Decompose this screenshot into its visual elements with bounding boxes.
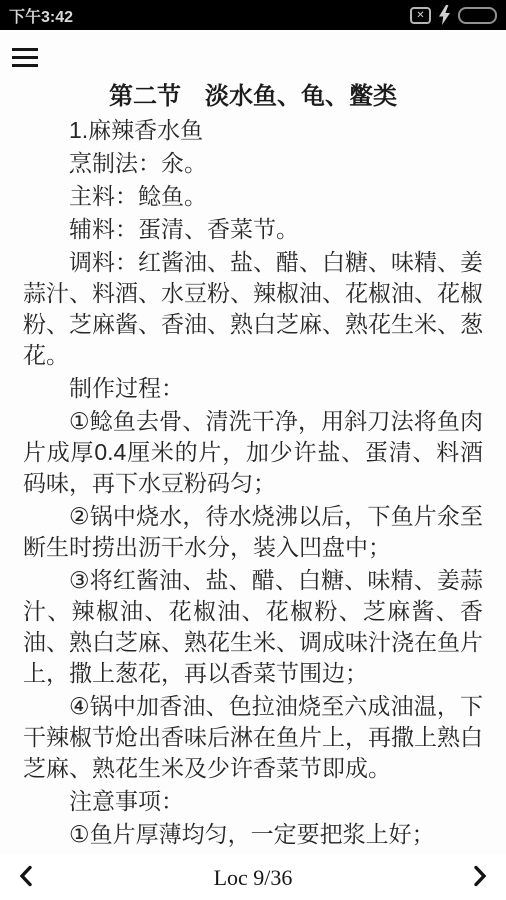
status-icons: ✕	[410, 5, 497, 25]
location-indicator: Loc 9/36	[214, 865, 293, 891]
paragraph: 注意事项：	[23, 786, 483, 817]
battery-icon	[458, 7, 497, 24]
menu-button[interactable]	[12, 48, 38, 67]
paragraph: ②锅中烧水，待水烧沸以后，下鱼片氽至断生时捞出沥干水分，装入凹盘中；	[23, 501, 483, 563]
paragraph: ④锅中加香油、色拉油烧至六成油温，下干辣椒节炝出香味后淋在鱼片上，再撒上熟白芝麻…	[23, 691, 483, 784]
paragraph: 辅料：蛋清、香菜节。	[23, 214, 483, 245]
paragraph: 1.麻辣香水鱼	[23, 115, 483, 146]
paragraph: 烹制法：氽。	[23, 148, 483, 179]
paragraph: 制作过程：	[23, 373, 483, 404]
status-time: 下午3:42	[9, 4, 73, 27]
hamburger-icon	[12, 48, 38, 51]
charging-icon	[439, 5, 450, 25]
next-page-button[interactable]	[471, 863, 490, 892]
paragraph: ③将红酱油、盐、醋、白糖、味精、姜蒜汁、辣椒油、花椒油、花椒粉、芝麻酱、香油、熟…	[23, 565, 483, 689]
reader-app-screen: 下午3:42 ✕ 第二节 淡水鱼、龟、鳖类 1.麻辣香水鱼 烹制法：氽。 主料：…	[0, 0, 506, 900]
chevron-right-icon	[473, 865, 488, 890]
page-title: 第二节 淡水鱼、龟、鳖类	[0, 82, 506, 112]
book-content: 1.麻辣香水鱼 烹制法：氽。 主料：鲶鱼。 辅料：蛋清、香菜节。 调料：红酱油、…	[0, 115, 506, 855]
status-bar: 下午3:42 ✕	[0, 0, 506, 30]
footer-nav: Loc 9/36	[0, 855, 506, 900]
paragraph: 调料：红酱油、盐、醋、白糖、味精、姜蒜汁、料酒、水豆粉、辣椒油、花椒油、花椒粉、…	[23, 247, 483, 371]
chevron-left-icon	[18, 865, 33, 890]
paragraph: ①鲶鱼去骨、清洗干净，用斜刀法将鱼肉片成厚0.4厘米的片，加少许盐、蛋清、料酒码…	[23, 406, 483, 499]
reading-page: 第二节 淡水鱼、龟、鳖类 1.麻辣香水鱼 烹制法：氽。 主料：鲶鱼。 辅料：蛋清…	[0, 30, 506, 855]
paragraph: ①鱼片厚薄均匀，一定要把浆上好；	[23, 819, 483, 850]
paragraph: 主料：鲶鱼。	[23, 181, 483, 212]
no-sim-icon: ✕	[410, 7, 431, 24]
prev-page-button[interactable]	[16, 863, 35, 892]
